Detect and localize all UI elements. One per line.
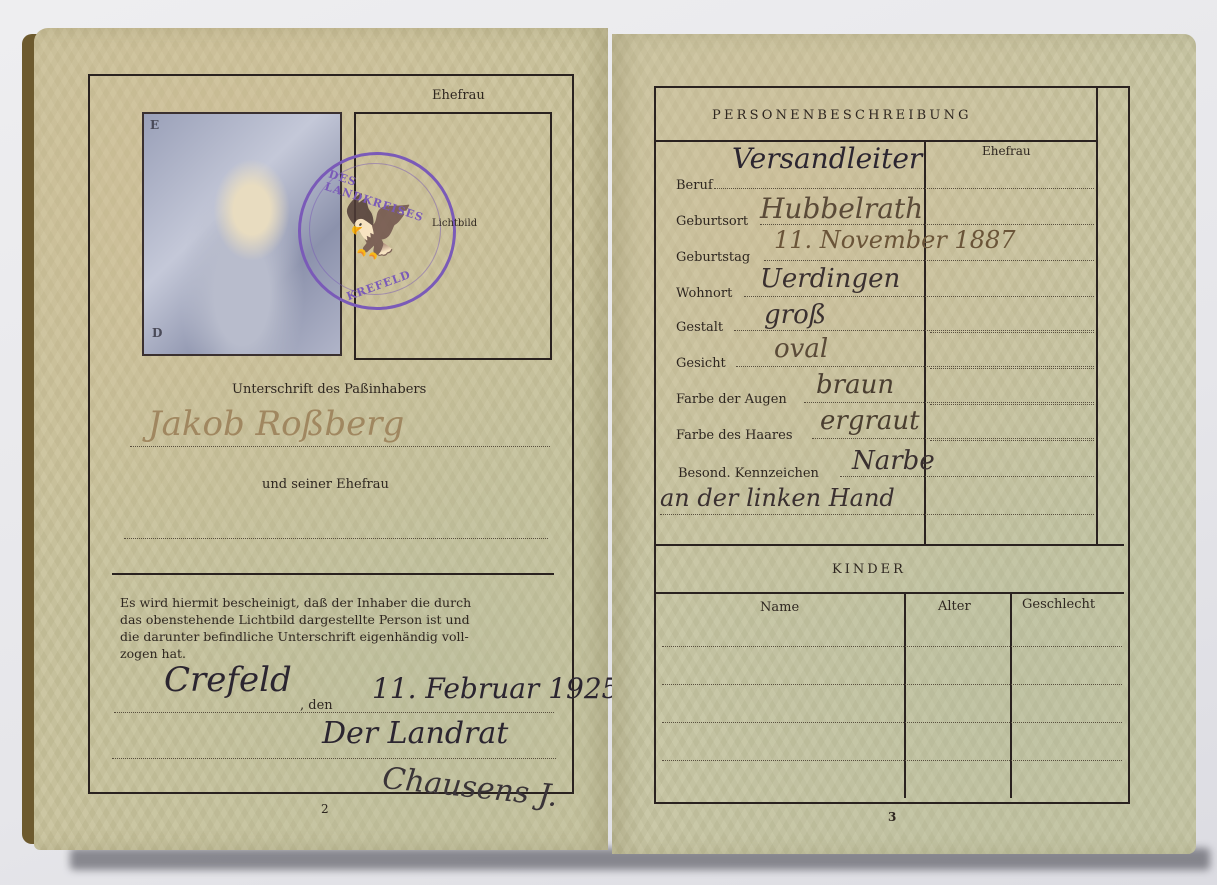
field-value-beruf: Versandleiter xyxy=(732,142,922,175)
signature-label: Unterschrift des Paßinhabers xyxy=(232,382,426,397)
field-label-wohnort: Wohnort xyxy=(676,286,732,301)
spouse-signature-label: und seiner Ehefrau xyxy=(262,477,389,492)
table-row xyxy=(662,760,1122,761)
kinder-divider xyxy=(656,592,1124,594)
field-label-haarfarbe: Farbe des Haares xyxy=(676,428,793,443)
field-label-gesicht: Gesicht xyxy=(676,356,726,371)
ehefrau-column-divider xyxy=(924,140,926,544)
field-value-kennzeichen-continuation: an der linken Hand xyxy=(660,484,895,512)
ehefrau-photo-label: Ehefrau xyxy=(432,88,485,103)
field-label-beruf: Beruf xyxy=(676,178,713,193)
field-value-gesicht: oval xyxy=(774,334,828,364)
table-row xyxy=(662,684,1122,685)
field-value-augenfarbe: braun xyxy=(816,370,894,400)
photo-embossing: E xyxy=(150,118,161,132)
issue-date: 11. Februar 1925 xyxy=(372,672,619,705)
official-stamp: 🦅 DES LANDKREISES KREFELD xyxy=(298,152,456,310)
column-header-name: Name xyxy=(760,600,799,615)
photo-embossing: D xyxy=(152,326,164,340)
field-value-kennzeichen: Narbe xyxy=(852,446,935,476)
place-date-line xyxy=(114,712,554,713)
column-header-alter: Alter xyxy=(938,599,971,614)
field-label-augenfarbe: Farbe der Augen xyxy=(676,392,787,407)
field-label-geburtsort: Geburtsort xyxy=(676,214,748,229)
field-label-kennzeichen: Besond. Kennzeichen xyxy=(678,466,819,481)
field-value-gestalt: groß xyxy=(764,300,826,330)
ehefrau-column-header: Ehefrau xyxy=(982,144,1031,158)
field-value-haarfarbe: ergraut xyxy=(820,406,920,436)
issuing-authority: Der Landrat xyxy=(322,716,508,751)
section-title-kinder: KINDER xyxy=(832,562,906,577)
description-bottom-divider xyxy=(656,544,1124,546)
issue-place: Crefeld xyxy=(164,660,292,700)
field-value-geburtsort: Hubbelrath xyxy=(760,192,923,225)
field-label-geburtstag: Geburtstag xyxy=(676,250,750,265)
spouse-signature-line xyxy=(124,538,548,539)
table-row xyxy=(662,646,1122,647)
description-inner-right-border xyxy=(1096,88,1098,544)
table-row xyxy=(662,722,1122,723)
page-number-3: 3 xyxy=(888,810,896,824)
certification-text: Es wird hiermit bescheinigt, daß der Inh… xyxy=(120,594,550,662)
holder-signature: Jakob Roßberg xyxy=(148,404,404,444)
field-label-gestalt: Gestalt xyxy=(676,320,723,335)
authority-line xyxy=(112,758,556,759)
field-value-geburtstag: 11. November 1887 xyxy=(774,226,1016,254)
signature-line xyxy=(130,446,550,447)
field-value-wohnort: Uerdingen xyxy=(760,264,900,294)
page-number-2: 2 xyxy=(321,802,329,816)
section-title-personenbeschreibung: PERSONENBESCHREIBUNG xyxy=(712,108,972,123)
column-header-geschlecht: Geschlecht xyxy=(1022,597,1095,612)
certification-divider xyxy=(112,573,554,575)
date-prefix: , den xyxy=(300,698,333,713)
lichtbild-label: Lichtbild xyxy=(432,218,477,229)
